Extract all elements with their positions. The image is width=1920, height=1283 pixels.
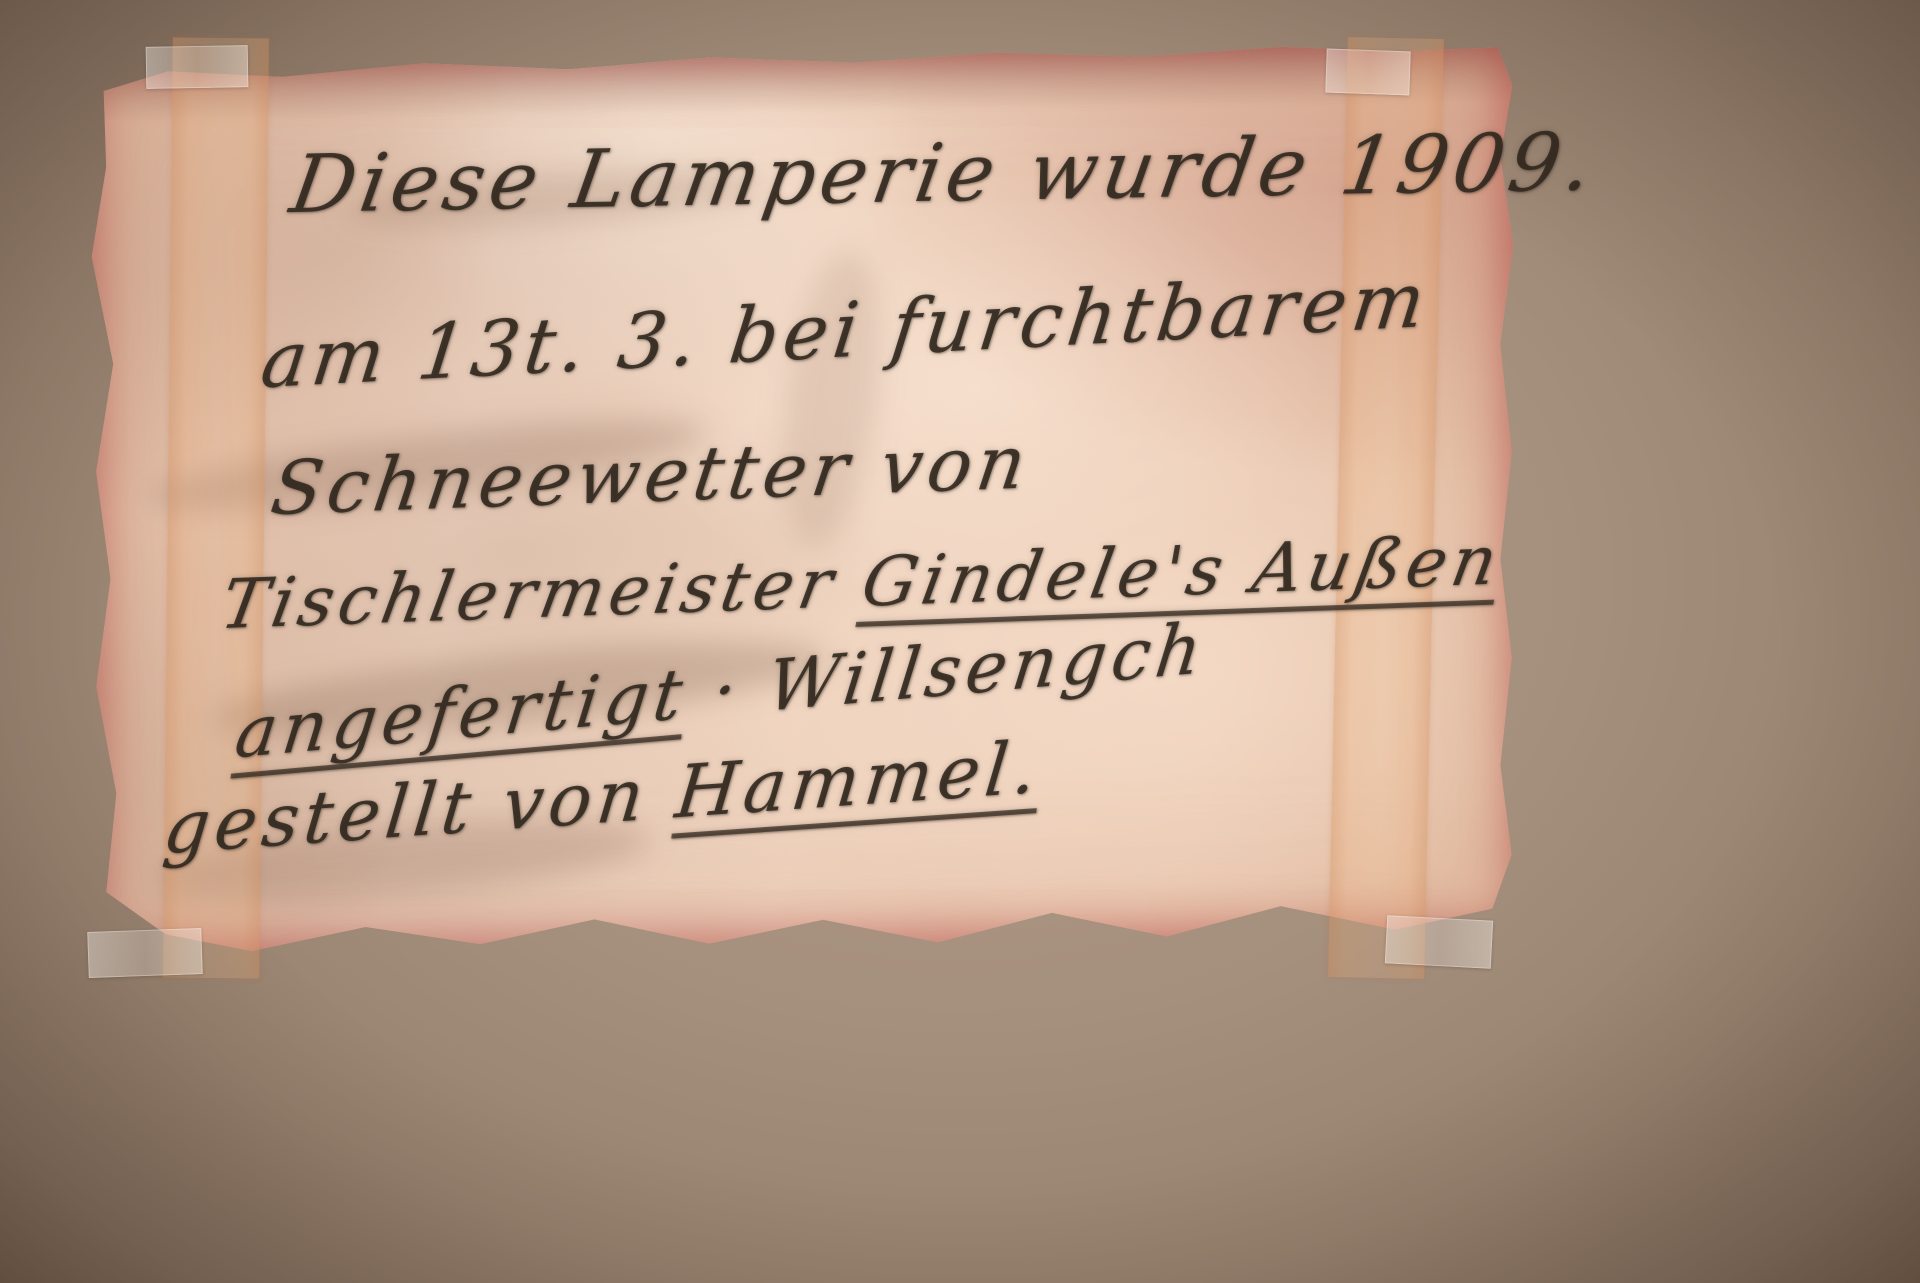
tape-piece-bottom-left [87, 928, 203, 978]
photo-of-handwritten-note: Diese Lamperie wurde 1909. am 13t. 3. be… [0, 0, 1920, 1283]
tape-piece-top-right [1325, 49, 1410, 96]
tape-piece-top-left [146, 45, 249, 89]
tape-piece-bottom-right [1385, 915, 1493, 968]
